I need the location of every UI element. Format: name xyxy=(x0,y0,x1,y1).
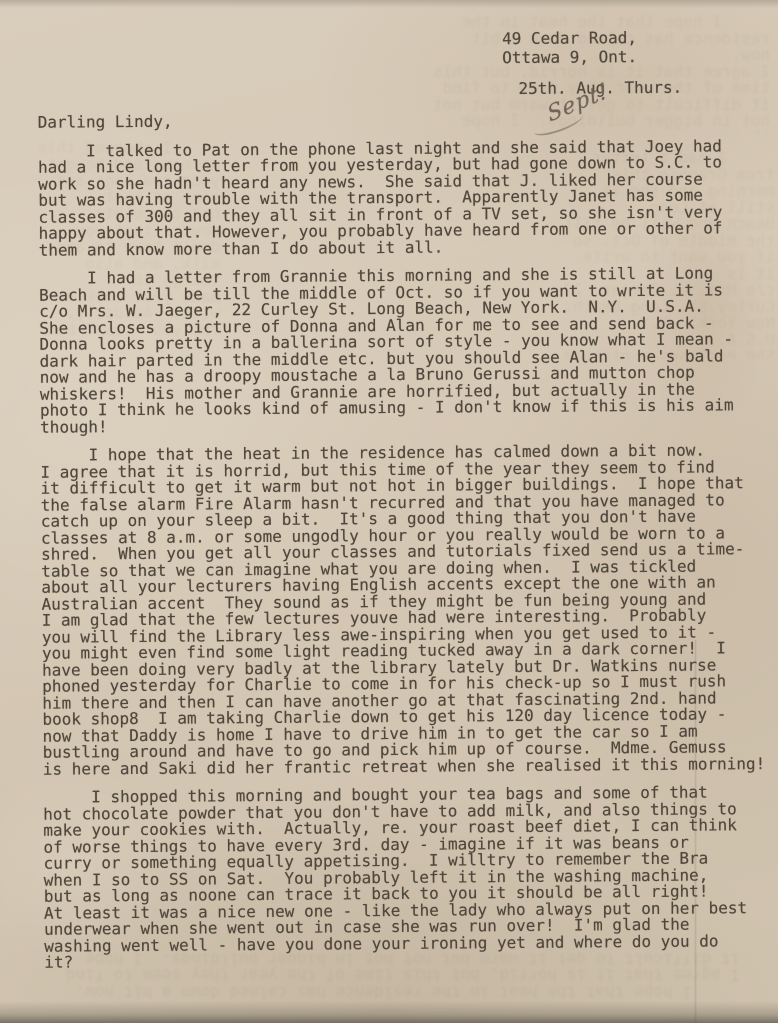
salutation: Darling Lindy, xyxy=(38,109,768,131)
sender-address: 49 Cedar Road, Ottawa 9, Ont. xyxy=(502,28,637,67)
paragraphs: I talked to Pat on the phone last night … xyxy=(38,138,774,972)
photo-edge-shadow xyxy=(0,1001,778,1023)
paragraph: I had a letter from Grannie this morning… xyxy=(39,265,770,436)
paragraph: I talked to Pat on the phone last night … xyxy=(38,138,769,259)
letter-photograph: I hope that the heat in the residence ha… xyxy=(0,0,778,1023)
letter-body: Darling Lindy, I talked to Pat on the ph… xyxy=(38,109,775,983)
photo-edge-shadow xyxy=(0,0,778,8)
paragraph: I shopped this morning and bought your t… xyxy=(43,784,774,971)
paper-crease xyxy=(694,640,697,1023)
paragraph: I hope that the heat in the residence ha… xyxy=(40,442,773,778)
